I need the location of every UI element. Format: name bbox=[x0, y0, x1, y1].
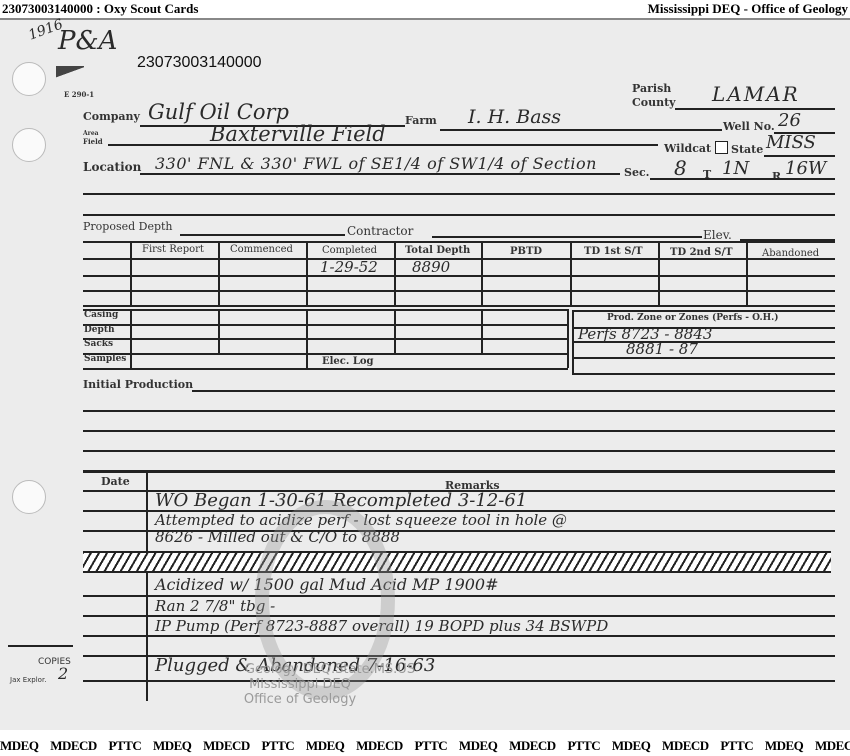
col-pbtd: PBTD bbox=[510, 246, 542, 257]
prod-zone-value-2: 8881 - 87 bbox=[626, 340, 698, 358]
watermark-agency: Mississippi DEQ bbox=[200, 677, 400, 692]
date-label: Date bbox=[101, 475, 130, 488]
col-completed: Completed bbox=[322, 245, 377, 256]
initial-production-label: Initial Production bbox=[83, 378, 193, 391]
location-label: Location bbox=[83, 160, 141, 174]
company-value: Gulf Oil Corp bbox=[148, 100, 289, 124]
elec-log-label: Elec. Log bbox=[322, 356, 374, 367]
company-label: Company bbox=[83, 110, 140, 123]
form-number: E 290-1 bbox=[64, 90, 94, 99]
jax-explor-label: Jax Explor. bbox=[10, 676, 46, 684]
range-value: 16W bbox=[785, 158, 826, 179]
col-td-2nd: TD 2nd S/T bbox=[670, 247, 733, 258]
state-value: MISS bbox=[766, 132, 816, 153]
annotation-pa: P&A bbox=[58, 26, 117, 56]
area-label: Area bbox=[83, 130, 99, 137]
hatched-divider bbox=[83, 551, 831, 573]
wildcat-checkbox[interactable] bbox=[715, 141, 728, 154]
col-total-depth: Total Depth bbox=[405, 245, 470, 256]
wildcat-label: Wildcat bbox=[664, 142, 711, 155]
scout-card: 1916 P&A 23073003140000 E 290-1 Parish C… bbox=[0, 18, 850, 730]
watermark-office: Office of Geology bbox=[200, 692, 400, 707]
location-value: 330' FNL & 330' FWL of SE1/4 of SW1/4 of… bbox=[155, 154, 597, 173]
prod-zone-label: Prod. Zone or Zones (Perfs - O.H.) bbox=[607, 313, 779, 323]
total-depth-value: 8890 bbox=[412, 258, 450, 276]
state-label: State bbox=[731, 143, 763, 156]
col-td-1st: TD 1st S/T bbox=[584, 246, 643, 257]
header-bar: 23073003140000 : Oxy Scout Cards Mississ… bbox=[0, 0, 850, 18]
punch-hole-icon bbox=[12, 62, 46, 96]
county-label: County bbox=[632, 96, 676, 109]
punch-hole-icon bbox=[12, 480, 46, 514]
document-title: 23073003140000 : Oxy Scout Cards bbox=[2, 1, 198, 17]
county-value: LAMAR bbox=[712, 82, 800, 106]
samples-label: Samples bbox=[84, 354, 126, 364]
casing-label: Casing bbox=[84, 310, 118, 320]
elev-label: Elev. bbox=[703, 228, 732, 242]
sec-value: 8 bbox=[674, 156, 687, 180]
col-commenced: Commenced bbox=[230, 244, 293, 255]
depth-label: Depth bbox=[84, 325, 115, 335]
punch-hole-icon bbox=[12, 128, 46, 162]
well-no-value: 26 bbox=[778, 110, 801, 131]
agency-title: Mississippi DEQ - Office of Geology bbox=[648, 1, 848, 17]
township-value: 1N bbox=[722, 158, 749, 179]
range-label: R bbox=[772, 170, 781, 183]
footer-banner: MDEQ MDECD PTTC MDEQ MDECD PTTC MDEQ MDE… bbox=[0, 738, 850, 754]
proposed-depth-label: Proposed Depth bbox=[83, 220, 173, 233]
contractor-label: Contractor bbox=[347, 224, 413, 238]
farm-value: I. H. Bass bbox=[468, 106, 561, 128]
watermark-url: Geology DEQ.State.MS.US bbox=[200, 662, 460, 677]
farm-label: Farm bbox=[405, 114, 437, 127]
completed-value: 1-29-52 bbox=[320, 258, 378, 276]
corner-mark-icon bbox=[56, 66, 84, 84]
jax-explor-value: 2 bbox=[58, 664, 68, 683]
parish-label: Parish bbox=[632, 83, 671, 95]
sacks-label: Sacks bbox=[84, 339, 113, 349]
field-label: Field bbox=[83, 137, 103, 146]
sec-label: Sec. bbox=[624, 166, 649, 179]
field-value: Baxterville Field bbox=[210, 122, 386, 146]
api-number: 23073003140000 bbox=[137, 54, 262, 72]
col-first-report: First Report bbox=[142, 244, 204, 255]
col-abandoned: Abandoned bbox=[762, 248, 819, 259]
